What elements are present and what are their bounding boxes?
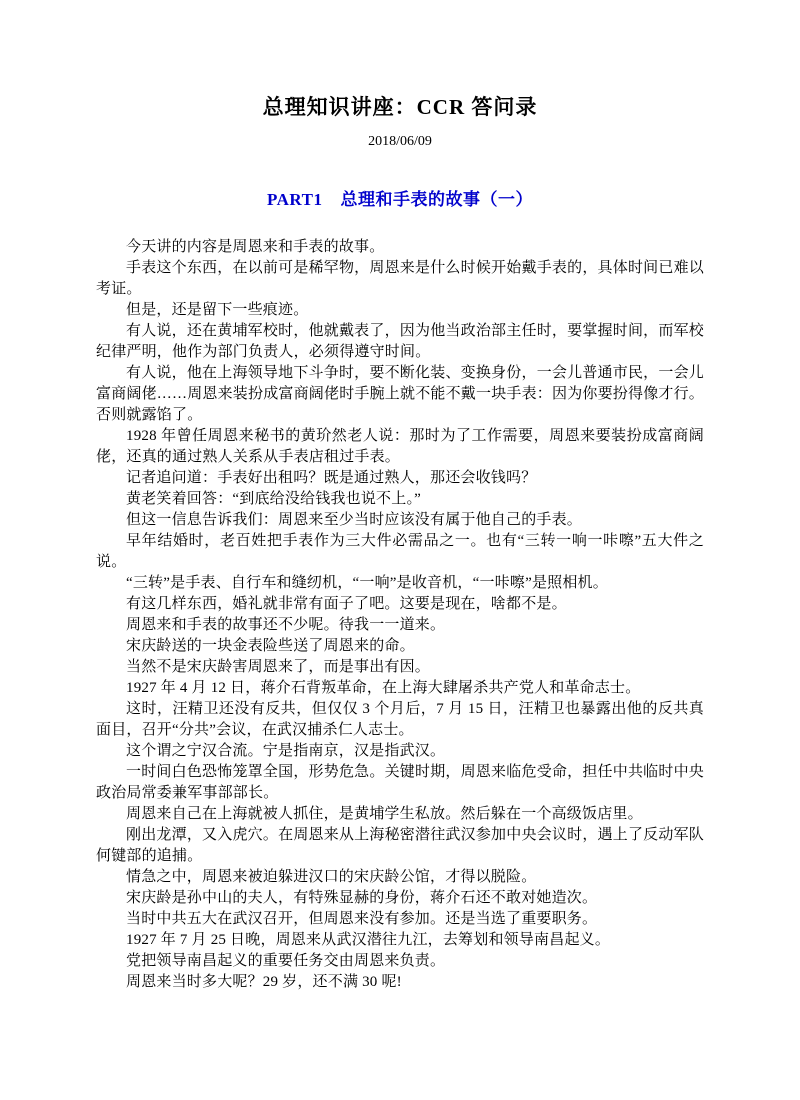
document-page: 总理知识讲座：CCR 答问录 2018/06/09 PART1总理和手表的故事（… — [0, 0, 800, 1100]
paragraph: 这个谓之宁汉合流。宁是指南京，汉是指武汉。 — [96, 741, 704, 762]
paragraph: 记者追问道：手表好出租吗？既是通过熟人，那还会收钱吗？ — [96, 468, 704, 489]
document-title: 总理知识讲座：CCR 答问录 — [96, 95, 704, 119]
paragraph: 情急之中，周恩来被迫躲进汉口的宋庆龄公馆，才得以脱险。 — [96, 867, 704, 888]
paragraph: 有这几样东西，婚礼就非常有面子了吧。这要是现在，啥都不是。 — [96, 594, 704, 615]
paragraph: 有人说，还在黄埔军校时，他就戴表了，因为他当政治部主任时，要掌握时间，而军校纪律… — [96, 321, 704, 363]
paragraph: 当然不是宋庆龄害周恩来了，而是事出有因。 — [96, 657, 704, 678]
paragraph: 当时中共五大在武汉召开，但周恩来没有参加。还是当选了重要职务。 — [96, 909, 704, 930]
paragraph: 党把领导南昌起义的重要任务交由周恩来负责。 — [96, 951, 704, 972]
paragraph: 但这一信息告诉我们：周恩来至少当时应该没有属于他自己的手表。 — [96, 510, 704, 531]
document-date: 2018/06/09 — [96, 133, 704, 151]
paragraph: “三转”是手表、自行车和缝纫机，“一响”是收音机，“一咔嚓”是照相机。 — [96, 573, 704, 594]
paragraph: 有人说，他在上海领导地下斗争时，要不断化装、变换身份，一会儿普通市民，一会儿富商… — [96, 363, 704, 426]
paragraph: 宋庆龄送的一块金表险些送了周恩来的命。 — [96, 636, 704, 657]
paragraph: 1927 年 7 月 25 日晚，周恩来从武汉潜往九江，去筹划和领导南昌起义。 — [96, 930, 704, 951]
paragraph: 周恩来当时多大呢？29 岁，还不满 30 呢! — [96, 972, 704, 993]
paragraph: 周恩来自己在上海就被人抓住，是黄埔学生私放。然后躲在一个高级饭店里。 — [96, 804, 704, 825]
paragraph: 宋庆龄是孙中山的夫人，有特殊显赫的身份，蒋介石还不敢对她造次。 — [96, 888, 704, 909]
section-heading: PART1总理和手表的故事（一） — [96, 189, 704, 211]
paragraph: 刚出龙潭，又入虎穴。在周恩来从上海秘密潜往武汉参加中央会议时，遇上了反动军队何键… — [96, 825, 704, 867]
paragraph: 周恩来和手表的故事还不少呢。待我一一道来。 — [96, 615, 704, 636]
section-part-title: 总理和手表的故事（一） — [340, 190, 533, 209]
paragraph: 这时，汪精卫还没有反共，但仅仅 3 个月后，7 月 15 日，汪精卫也暴露出他的… — [96, 699, 704, 741]
paragraphs: 今天讲的内容是周恩来和手表的故事。手表这个东西，在以前可是稀罕物，周恩来是什么时… — [96, 237, 704, 993]
paragraph: 今天讲的内容是周恩来和手表的故事。 — [96, 237, 704, 258]
paragraph: 手表这个东西，在以前可是稀罕物，周恩来是什么时候开始戴手表的，具体时间已难以考证… — [96, 258, 704, 300]
paragraph: 1928 年曾任周恩来秘书的黄玠然老人说：那时为了工作需要，周恩来要装扮成富商阔… — [96, 426, 704, 468]
paragraph: 但是，还是留下一些痕迹。 — [96, 300, 704, 321]
paragraph: 1927 年 4 月 12 日，蒋介石背叛革命，在上海大肆屠杀共产党人和革命志士… — [96, 678, 704, 699]
paragraph: 早年结婚时，老百姓把手表作为三大件必需品之一。也有“三转一响一咔嚓”五大件之说。 — [96, 531, 704, 573]
paragraph: 黄老笑着回答：“到底给没给钱我也说不上。” — [96, 489, 704, 510]
section-part-label: PART1 — [267, 190, 322, 209]
paragraph: 一时间白色恐怖笼罩全国，形势危急。关键时期，周恩来临危受命，担任中共临时中央政治… — [96, 762, 704, 804]
